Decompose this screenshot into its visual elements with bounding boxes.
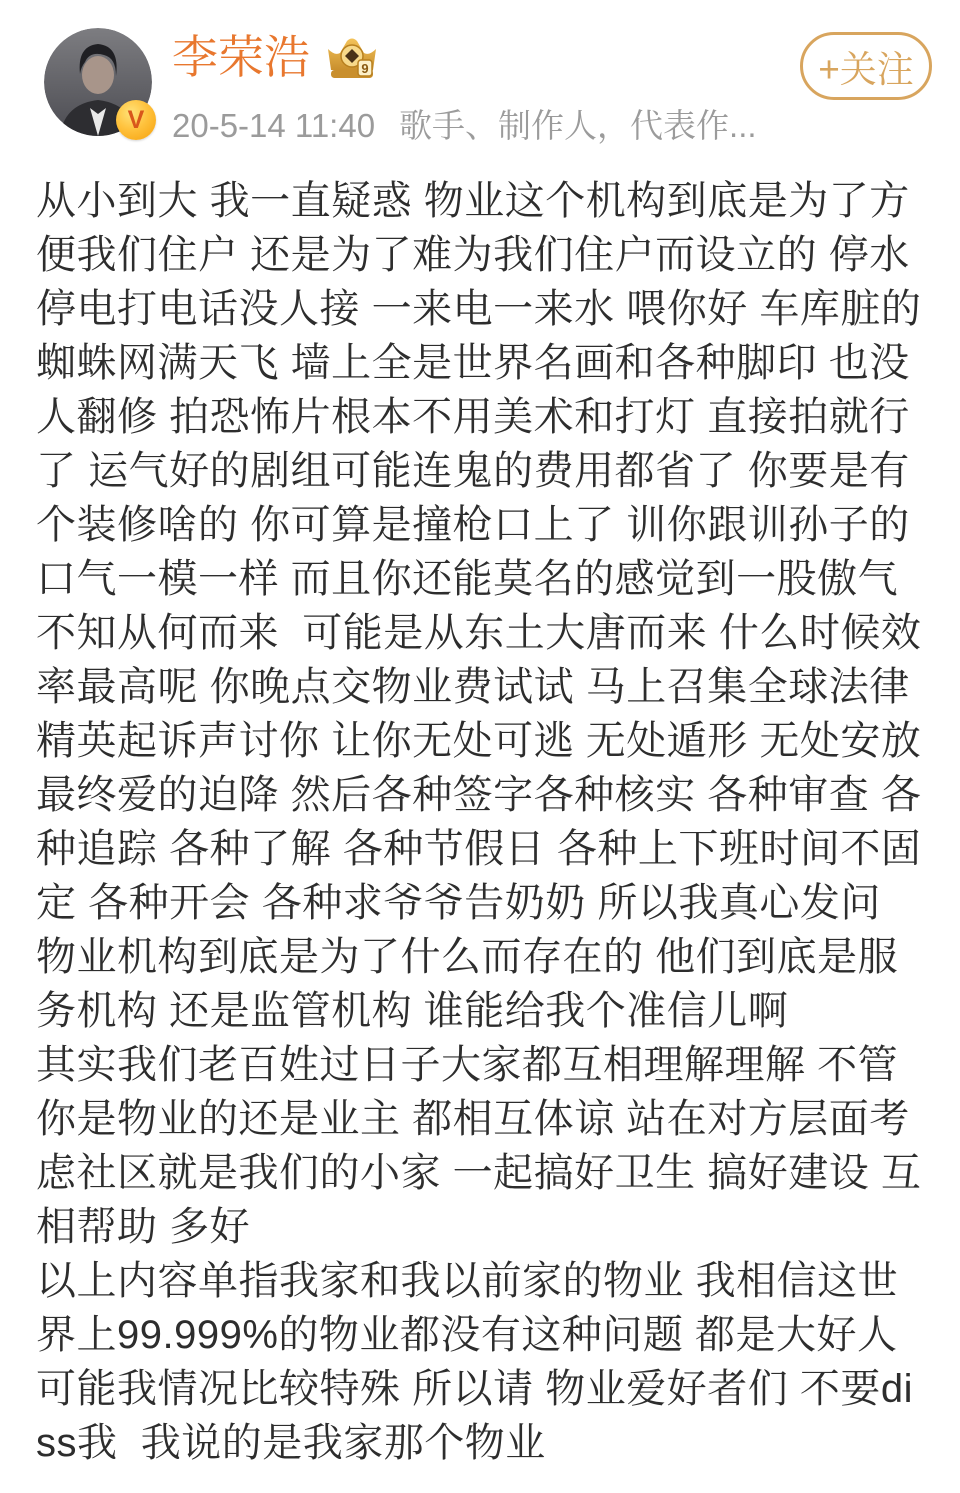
follow-button[interactable]: +关注 (800, 32, 932, 100)
user-name[interactable]: 李荣浩 (172, 31, 310, 83)
avatar[interactable]: V (44, 28, 152, 136)
post-paragraph: 从小到大 我一直疑惑 物业这个机构到底是为了方便我们住户 还是为了难为我们住户而… (36, 174, 926, 1038)
post-timestamp: 20-5-14 11:40 (172, 107, 375, 144)
user-block: 李荣浩 9 (172, 30, 780, 147)
user-description: 歌手、制作人，代表作... (399, 107, 757, 144)
post-paragraph: 其实我们老百姓过日子大家都互相理解理解 不管你是物业的还是业主 都相互体谅 站在… (36, 1038, 926, 1254)
vip-crown-icon: 9 (324, 34, 380, 84)
post-content: 从小到大 我一直疑惑 物业这个机构到底是为了方便我们住户 还是为了难为我们住户而… (0, 162, 960, 1470)
weibo-post-card: V 李荣浩 (0, 0, 960, 1493)
post-header: V 李荣浩 (0, 0, 960, 162)
vip-level-number: 9 (361, 61, 368, 76)
post-paragraph: 以上内容单指我家和我以前家的物业 我相信这世界上99.999%的物业都没有这种问… (36, 1254, 926, 1470)
post-meta: 20-5-14 11:40歌手、制作人，代表作... (172, 100, 780, 147)
verified-icon: V (116, 100, 156, 140)
